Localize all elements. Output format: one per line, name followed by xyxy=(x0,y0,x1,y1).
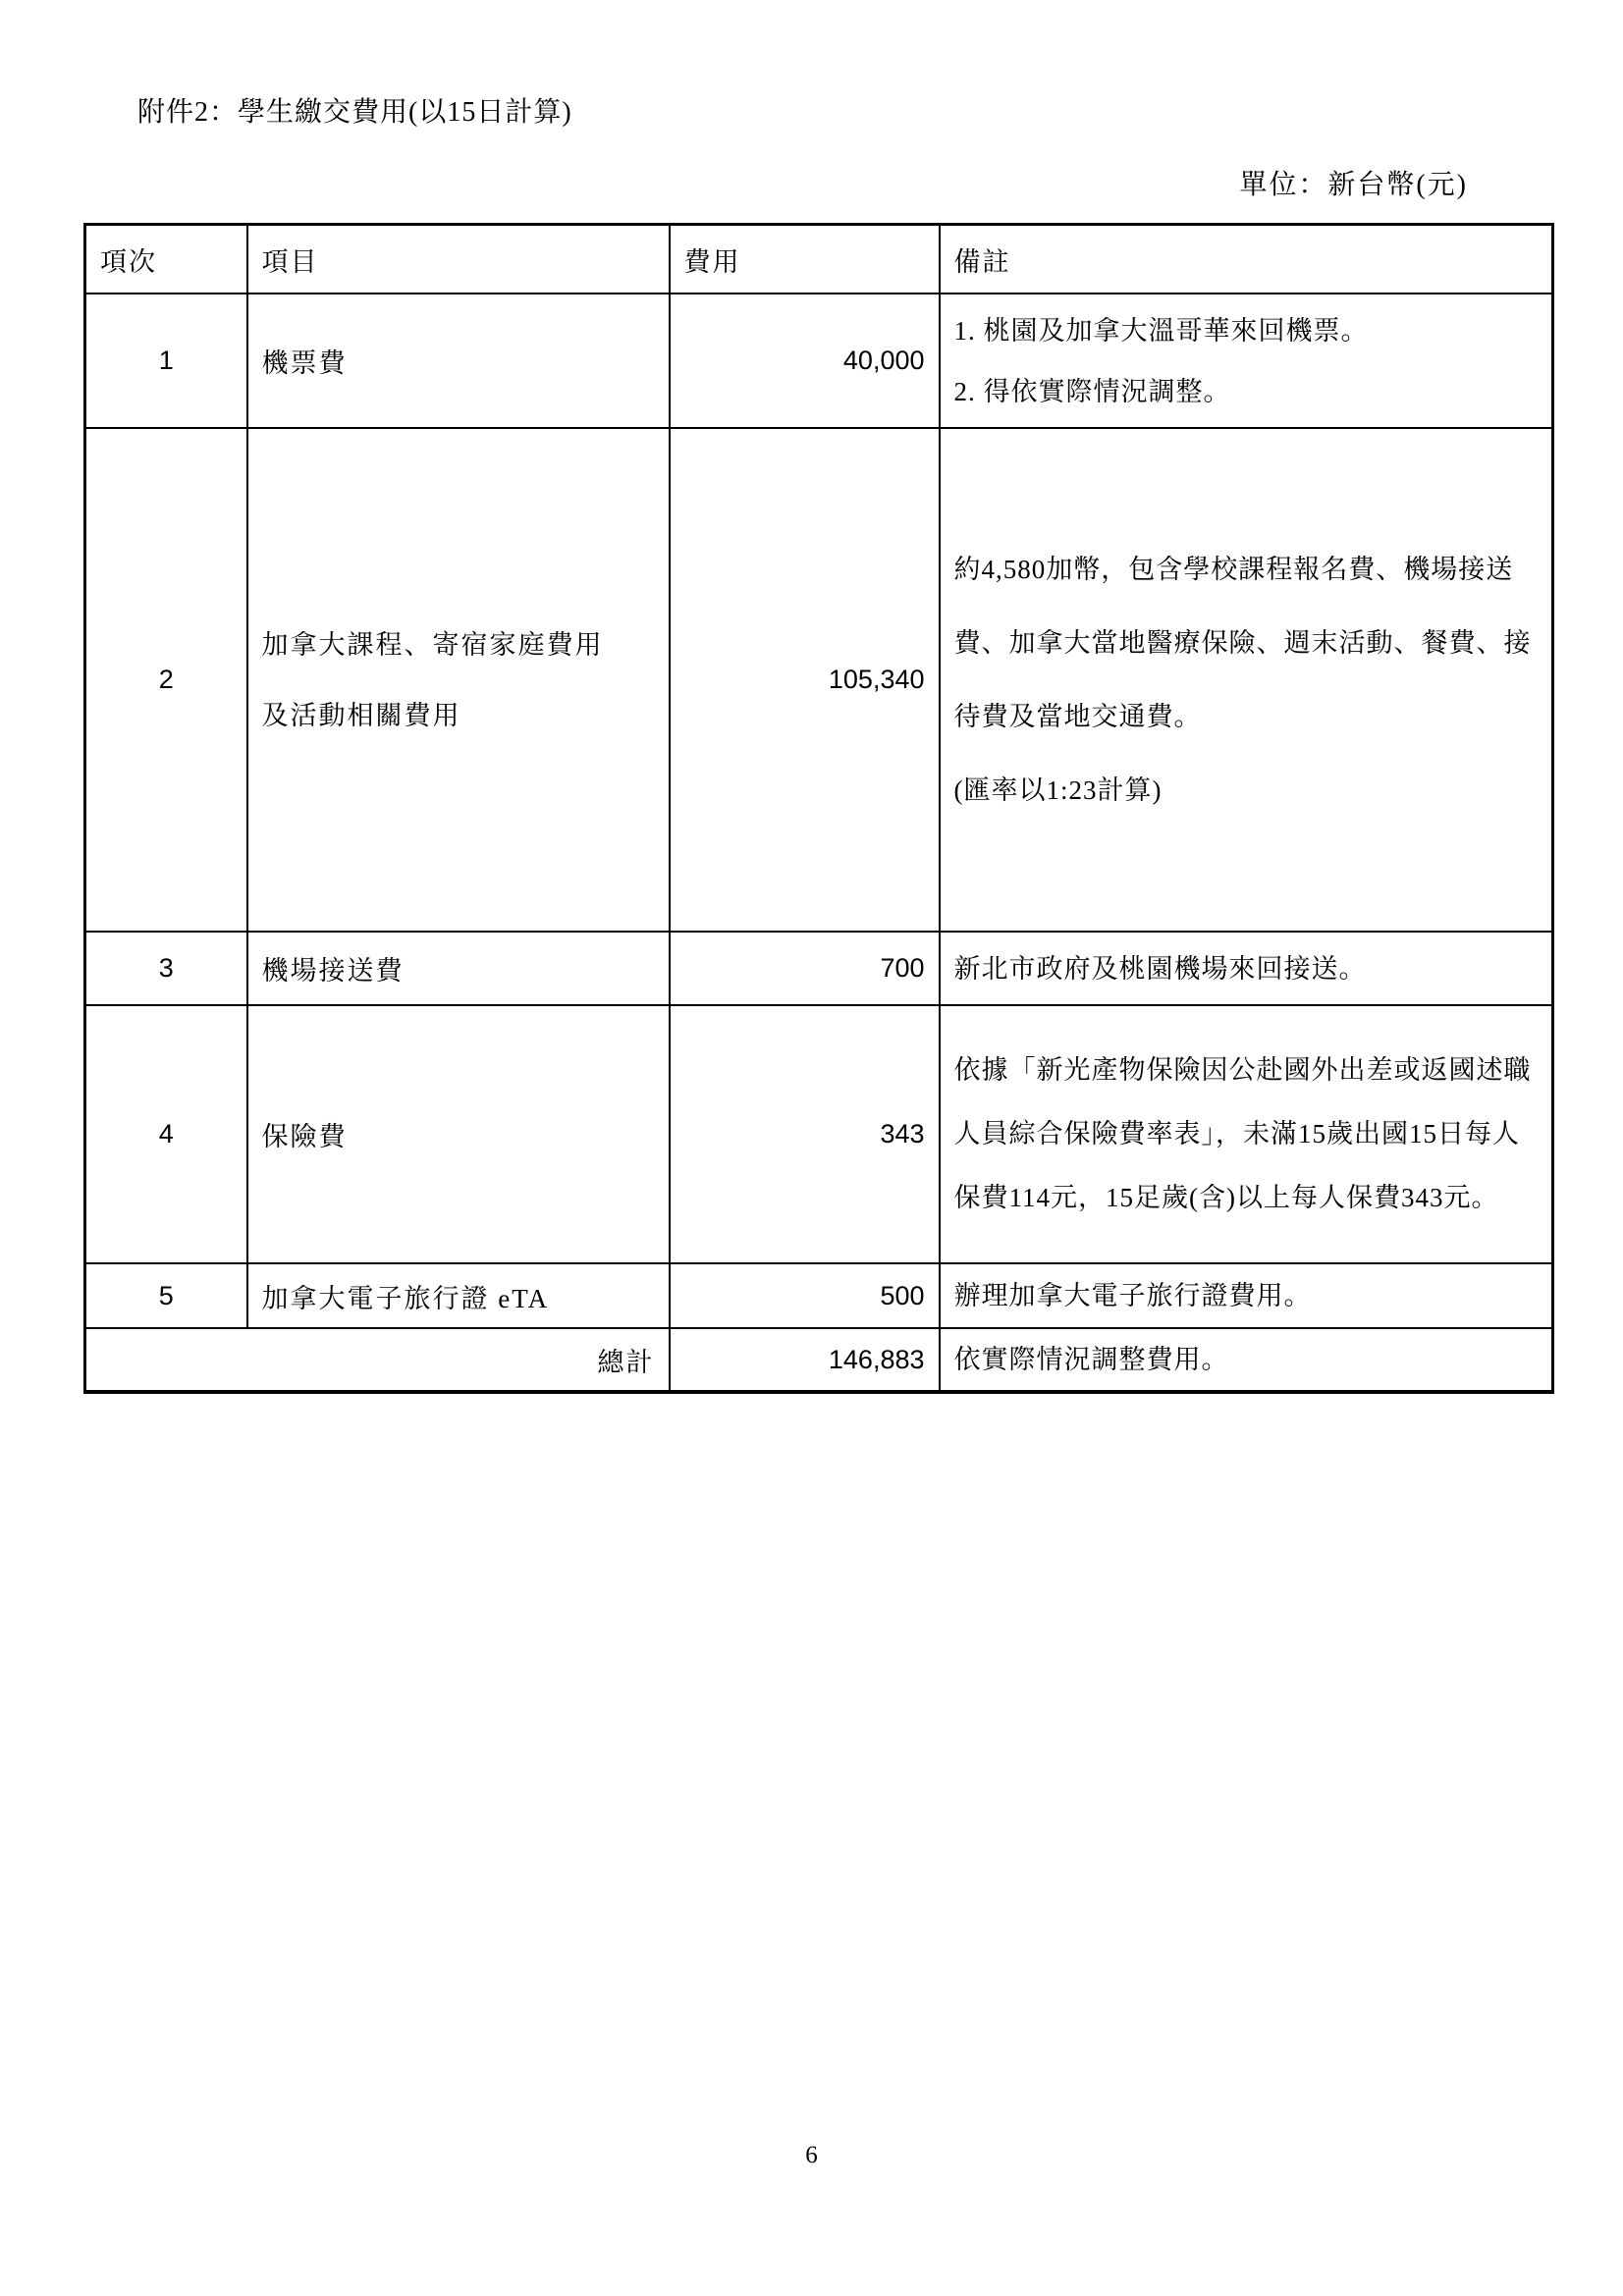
unit-label: 單位：新台幣(元) xyxy=(1239,163,1468,202)
cell-no: 5 xyxy=(85,1263,247,1328)
cell-fee: 40,000 xyxy=(670,294,940,428)
total-note-cell: 依實際情況調整費用。 xyxy=(940,1328,1553,1392)
cell-item: 機票費 xyxy=(247,294,670,428)
table-total-row: 總計 146,883 依實際情況調整費用。 xyxy=(85,1328,1553,1392)
page-number: 6 xyxy=(0,2142,1623,2169)
cell-no: 1 xyxy=(85,294,247,428)
item-line: 加拿大課程、寄宿家庭費用 xyxy=(262,610,655,680)
cell-fee: 700 xyxy=(670,932,940,1005)
fee-table: 項次 項目 費用 備註 1 機票費 40,000 1. 桃園及加拿大溫哥華來回機… xyxy=(83,223,1554,1394)
page-title: 附件2：學生繳交費用(以15日計算) xyxy=(137,90,572,130)
table-row: 1 機票費 40,000 1. 桃園及加拿大溫哥華來回機票。 2. 得依實際情況… xyxy=(85,294,1553,428)
cell-item: 加拿大課程、寄宿家庭費用 及活動相關費用 xyxy=(247,428,670,932)
cell-fee: 343 xyxy=(670,1005,940,1263)
cell-note: 辦理加拿大電子旅行證費用。 xyxy=(940,1263,1553,1328)
cell-no: 3 xyxy=(85,932,247,1005)
cell-note: 1. 桃園及加拿大溫哥華來回機票。 2. 得依實際情況調整。 xyxy=(940,294,1553,428)
cell-fee: 500 xyxy=(670,1263,940,1328)
table-row: 5 加拿大電子旅行證 eTA 500 辦理加拿大電子旅行證費用。 xyxy=(85,1263,1553,1328)
header-fee: 費用 xyxy=(670,225,940,294)
cell-note: 依據「新光產物保險因公赴國外出差或返國述職人員綜合保險費率表」，未滿15歲出國1… xyxy=(940,1005,1553,1263)
cell-note: 新北市政府及桃園機場來回接送。 xyxy=(940,932,1553,1005)
item-line: 及活動相關費用 xyxy=(262,680,655,751)
total-label-cell: 總計 xyxy=(85,1328,670,1392)
table-header-row: 項次 項目 費用 備註 xyxy=(85,225,1553,294)
note-line: (匯率以1:23計算) xyxy=(954,754,1539,828)
header-note: 備註 xyxy=(940,225,1553,294)
cell-item: 機場接送費 xyxy=(247,932,670,1005)
header-no: 項次 xyxy=(85,225,247,294)
table-row: 2 加拿大課程、寄宿家庭費用 及活動相關費用 105,340 約4,580加幣，… xyxy=(85,428,1553,932)
cell-no: 2 xyxy=(85,428,247,932)
table-row: 4 保險費 343 依據「新光產物保險因公赴國外出差或返國述職人員綜合保險費率表… xyxy=(85,1005,1553,1263)
cell-fee: 105,340 xyxy=(670,428,940,932)
cell-item: 加拿大電子旅行證 eTA xyxy=(247,1263,670,1328)
total-fee-cell: 146,883 xyxy=(670,1328,940,1392)
header-item: 項目 xyxy=(247,225,670,294)
note-line: 約4,580加幣，包含學校課程報名費、機場接送費、加拿大當地醫療保險、週末活動、… xyxy=(954,533,1539,754)
cell-no: 4 xyxy=(85,1005,247,1263)
document-page: 附件2：學生繳交費用(以15日計算) 單位：新台幣(元) 項次 項目 費用 備註… xyxy=(0,0,1623,2296)
note-line: 2. 得依實際情況調整。 xyxy=(954,361,1539,422)
table-row: 3 機場接送費 700 新北市政府及桃園機場來回接送。 xyxy=(85,932,1553,1005)
cell-item: 保險費 xyxy=(247,1005,670,1263)
note-line: 1. 桃園及加拿大溫哥華來回機票。 xyxy=(954,300,1539,361)
cell-note: 約4,580加幣，包含學校課程報名費、機場接送費、加拿大當地醫療保險、週末活動、… xyxy=(940,428,1553,932)
